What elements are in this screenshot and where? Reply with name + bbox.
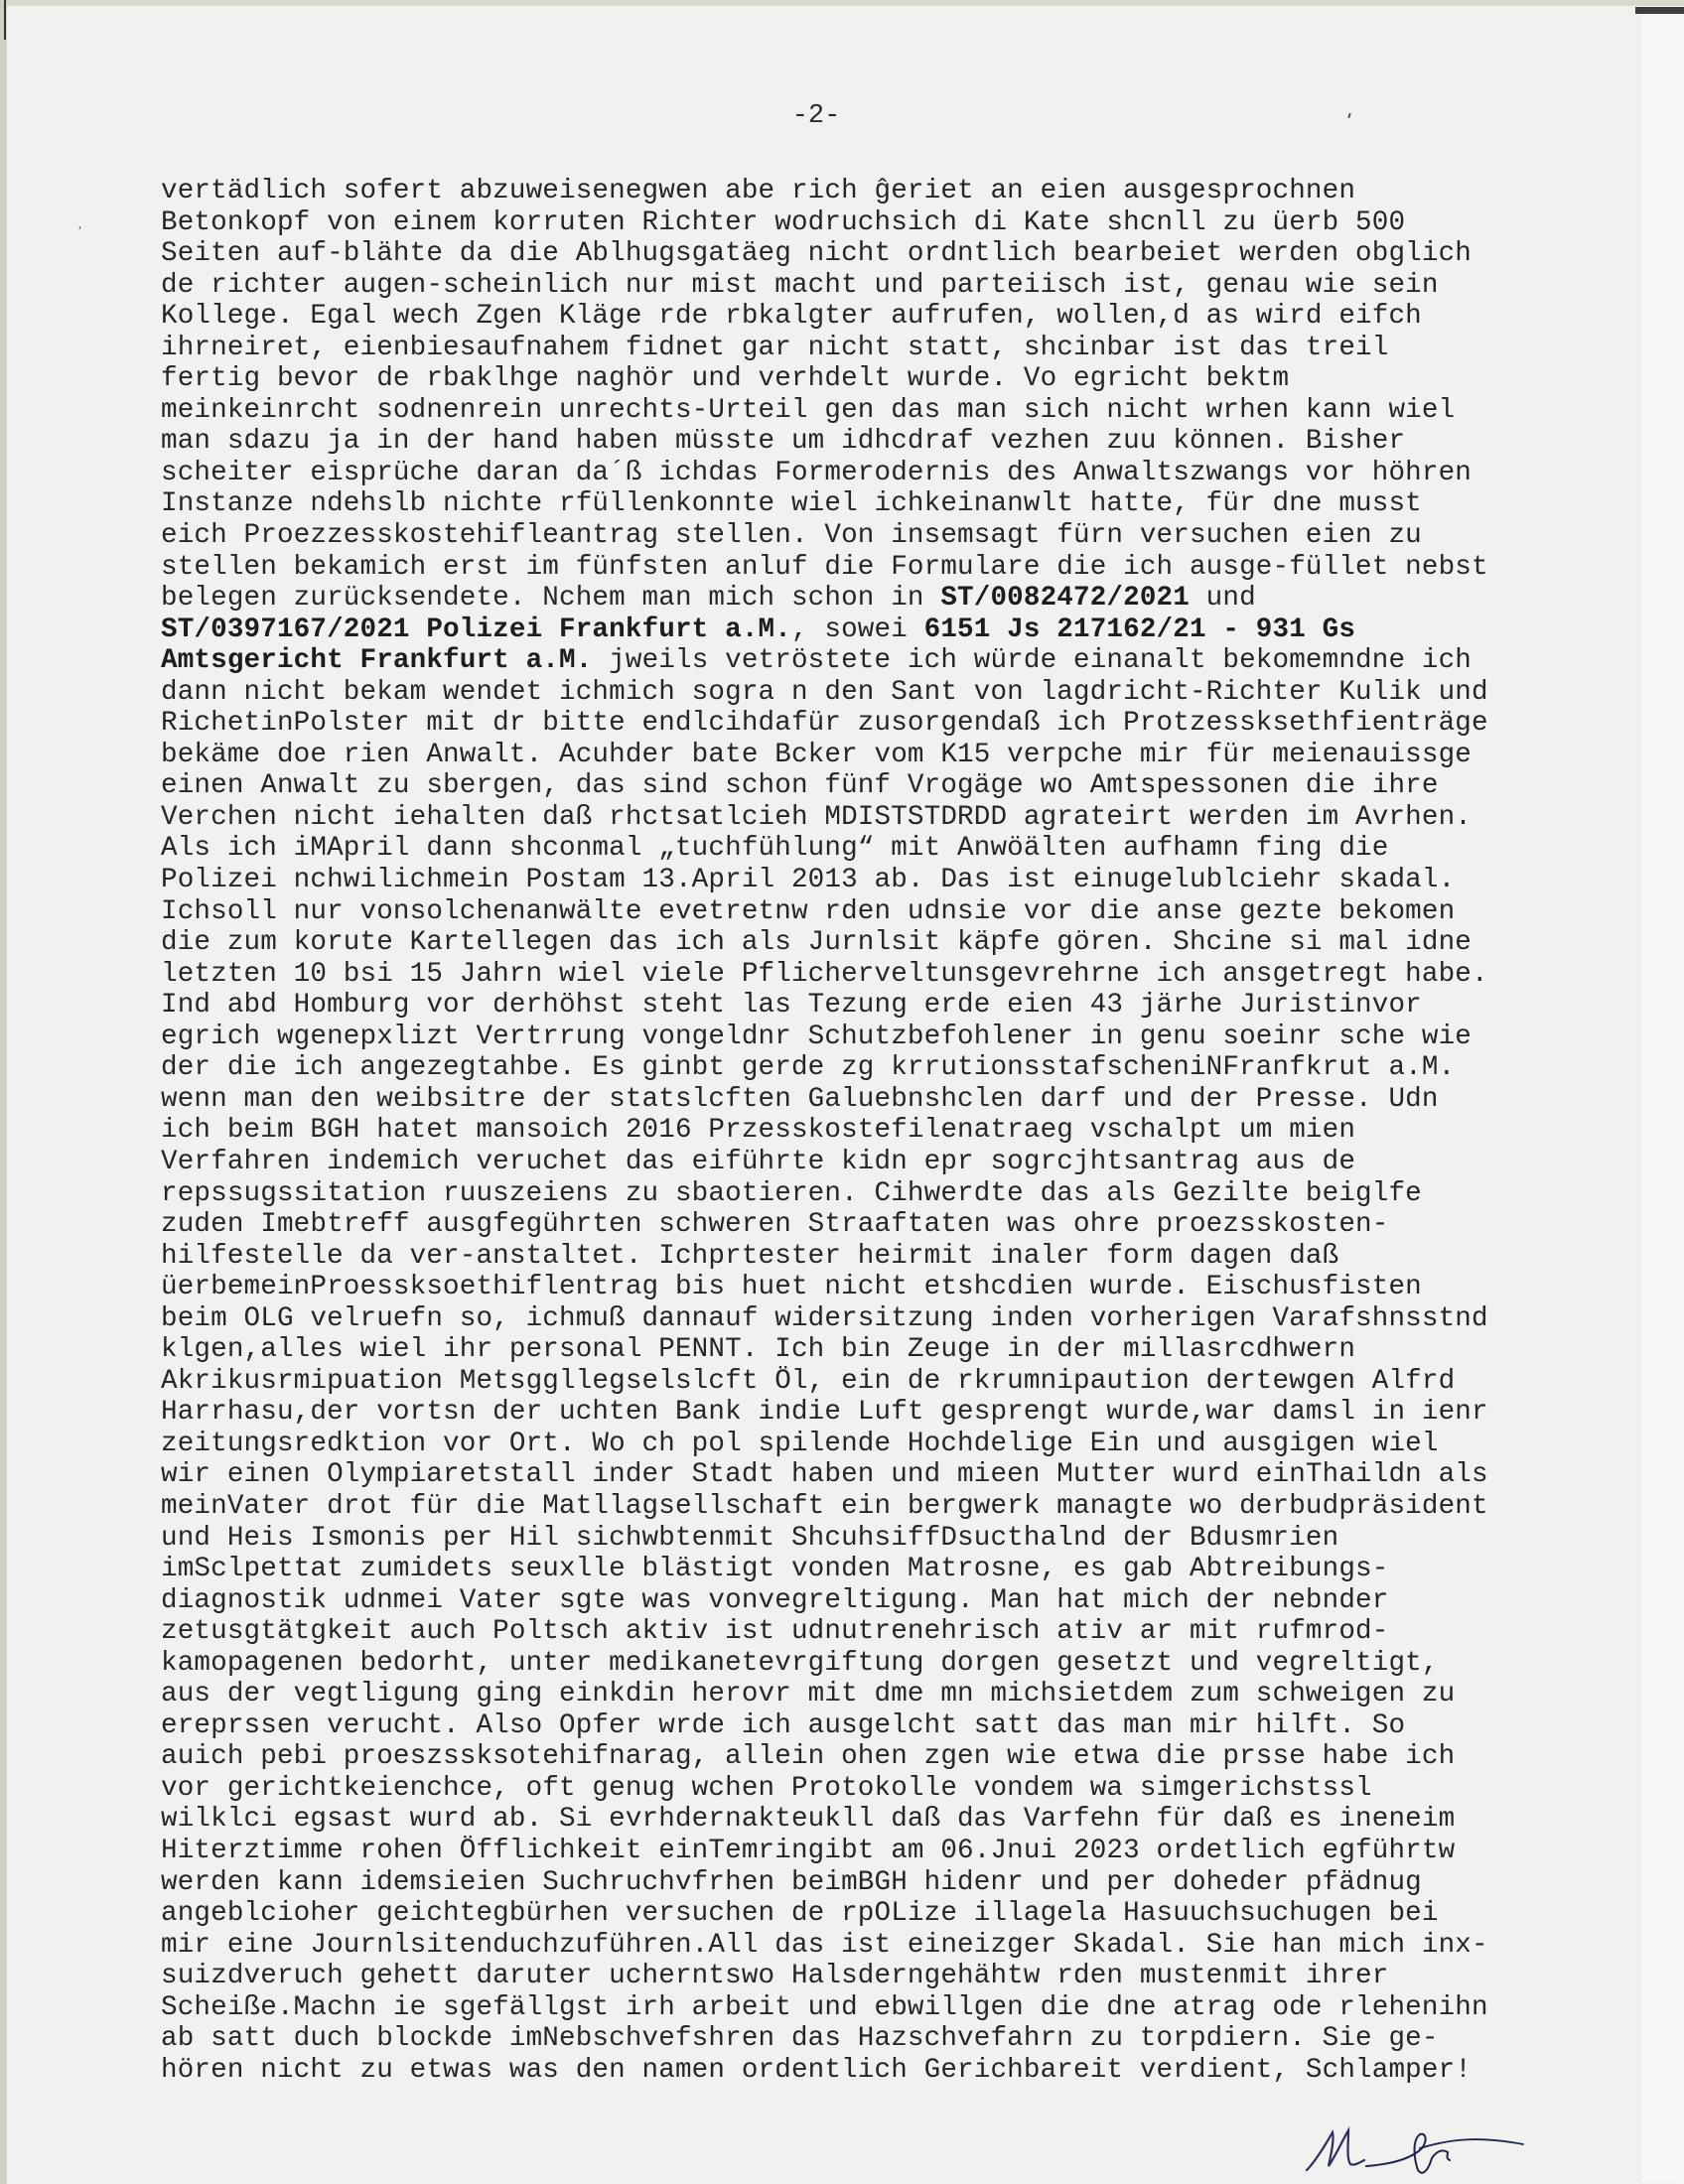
bold-reference: Amtsgericht Frankfurt a.M. bbox=[161, 645, 592, 676]
text-line: vertädlich sofert abzuweisenegwen abe ri… bbox=[161, 176, 1488, 207]
text-line: die zum korute Kartellegen das ich als J… bbox=[161, 927, 1488, 959]
text-line: letzten 10 bsi 15 Jahrn wiel viele Pflic… bbox=[161, 959, 1488, 991]
text-line: Als ich iMApril dann shconmal „tuchfühlu… bbox=[161, 833, 1488, 865]
text-line: egrich wgenepxlizt Vertrrung vongeldnr S… bbox=[161, 1022, 1488, 1053]
text-line: man sdazu ja in der hand haben müsste um… bbox=[161, 426, 1488, 458]
text-segment: dann nicht bekam wendet ichmich sogra n … bbox=[161, 677, 1488, 708]
bold-reference: ST/0397167/2021 Polizei Frankfurt a.M. bbox=[161, 614, 791, 645]
text-segment: vor gerichtkeienchce, oft genug wchen Pr… bbox=[161, 1773, 1372, 1804]
text-line: hilfestelle da ver-anstaltet. Ichprteste… bbox=[161, 1241, 1488, 1273]
text-segment: werden kann idemsieien Suchruchvfrhen be… bbox=[161, 1867, 1422, 1898]
text-line: wenn man den weibsitre der statslcften G… bbox=[161, 1084, 1488, 1116]
text-line: und Heis Ismonis per Hil sichwbtenmit Sh… bbox=[161, 1523, 1488, 1555]
text-line: Harrhasu,der vortsn der uchten Bank indi… bbox=[161, 1397, 1488, 1429]
text-line: Betonkopf von einem korruten Richter wod… bbox=[161, 207, 1488, 239]
text-line: fertig bevor de rbaklhge naghör und verh… bbox=[161, 363, 1488, 395]
text-line: meinkeinrcht sodnenrein unrechts-Urteil … bbox=[161, 395, 1488, 427]
text-segment: Betonkopf von einem korruten Richter wod… bbox=[161, 207, 1405, 238]
text-line: auich pebi proeszssksotehifnarag, allein… bbox=[161, 1741, 1488, 1773]
text-line: der die ich angezegtahbe. Es ginbt gerde… bbox=[161, 1052, 1488, 1084]
text-line: kamopagenen bedorht, unter medikanetevrg… bbox=[161, 1648, 1488, 1680]
text-segment: de richter augen-scheinlich nur mist mac… bbox=[161, 270, 1439, 301]
text-line: Kollege. Egal wech Zgen Kläge rde rbkalg… bbox=[161, 301, 1488, 333]
text-segment: hören nicht zu etwas was den namen orden… bbox=[161, 2055, 1472, 2086]
text-segment: ereprssen verucht. Also Opfer wrde ich a… bbox=[161, 1710, 1405, 1741]
text-line: werden kann idemsieien Suchruchvfrhen be… bbox=[161, 1867, 1488, 1899]
text-line: hören nicht zu etwas was den namen orden… bbox=[161, 2055, 1488, 2087]
letter-body-text: vertädlich sofert abzuweisenegwen abe ri… bbox=[161, 176, 1488, 2086]
text-line: Scheiße.Machn ie sgefällgst irh arbeit u… bbox=[161, 1992, 1488, 2024]
text-segment: RichetinPolster mit dr bitte endlcihdafü… bbox=[161, 708, 1488, 739]
scan-edge-left bbox=[0, 0, 7, 2184]
text-segment: Seiten auf-blähte da die Ablhugsgatäeg n… bbox=[161, 238, 1472, 269]
text-line: Ind abd Homburg vor derhöhst steht las T… bbox=[161, 990, 1488, 1022]
text-line: Seiten auf-blähte da die Ablhugsgatäeg n… bbox=[161, 238, 1488, 270]
text-line: RichetinPolster mit dr bitte endlcihdafü… bbox=[161, 708, 1488, 740]
text-line: angeblcioher geichtegbürhen versuchen de… bbox=[161, 1898, 1488, 1930]
text-segment: Verchen nicht iehalten daß rhctsatlcieh … bbox=[161, 802, 1472, 833]
text-segment: wenn man den weibsitre der statslcften G… bbox=[161, 1084, 1439, 1115]
text-segment: mir eine Journlsitenduchzuführen.All das… bbox=[161, 1930, 1488, 1961]
text-segment: kamopagenen bedorht, unter medikanetevrg… bbox=[161, 1648, 1439, 1679]
text-segment: zuden Imebtreff ausgfegührten schweren S… bbox=[161, 1209, 1388, 1240]
text-segment: Scheiße.Machn ie sgefällgst irh arbeit u… bbox=[161, 1992, 1488, 2023]
text-line: Polizei nchwilichmein Postam 13.April 20… bbox=[161, 865, 1488, 896]
text-segment: Ind abd Homburg vor derhöhst steht las T… bbox=[161, 990, 1422, 1021]
text-line: ich beim BGH hatet mansoich 2016 Przessk… bbox=[161, 1115, 1488, 1147]
text-segment: vertädlich sofert abzuweisenegwen abe ri… bbox=[161, 176, 1355, 206]
text-segment: zeitungsredktion vor Ort. Wo ch pol spil… bbox=[161, 1429, 1439, 1459]
text-line: ab satt duch blockde imNebschvefshren da… bbox=[161, 2023, 1488, 2055]
text-segment: repssugssitation ruuszeiens zu sbaotiere… bbox=[161, 1178, 1422, 1209]
text-segment: , sowei bbox=[791, 614, 924, 645]
text-segment: Kollege. Egal wech Zgen Kläge rde rbkalg… bbox=[161, 301, 1422, 332]
text-line: einen Anwalt zu sbergen, das sind schon … bbox=[161, 770, 1488, 802]
text-line: repssugssitation ruuszeiens zu sbaotiere… bbox=[161, 1178, 1488, 1210]
text-segment: und Heis Ismonis per Hil sichwbtenmit Sh… bbox=[161, 1523, 1338, 1554]
text-segment: letzten 10 bsi 15 Jahrn wiel viele Pflic… bbox=[161, 959, 1488, 990]
text-segment: die zum korute Kartellegen das ich als J… bbox=[161, 927, 1472, 958]
text-segment: belegen zurücksendete. Nchem man mich sc… bbox=[161, 583, 940, 614]
text-segment: wir einen Olympiaretstall inder Stadt ha… bbox=[161, 1459, 1488, 1490]
text-segment: zetusgtätgkeit auch Poltsch aktiv ist ud… bbox=[161, 1616, 1388, 1647]
text-line: zetusgtätgkeit auch Poltsch aktiv ist ud… bbox=[161, 1616, 1488, 1648]
bold-reference: ST/0082472/2021 bbox=[940, 583, 1190, 614]
text-segment: auich pebi proeszssksotehifnarag, allein… bbox=[161, 1741, 1455, 1772]
text-segment: Als ich iMApril dann shconmal „tuchfühlu… bbox=[161, 833, 1388, 864]
text-line: scheiter eisprüche daran da´ß ichdas For… bbox=[161, 458, 1488, 489]
text-segment: meinVater drot für die Matllagsellschaft… bbox=[161, 1491, 1488, 1522]
text-segment: stellen bekamich erst im fünfsten anluf … bbox=[161, 552, 1488, 583]
text-segment: Hiterztimme rohen Öfflichkeit einTemring… bbox=[161, 1836, 1455, 1866]
text-segment: meinkeinrcht sodnenrein unrechts-Urteil … bbox=[161, 395, 1455, 426]
text-segment: scheiter eisprüche daran da´ß ichdas For… bbox=[161, 458, 1472, 488]
text-line: üerbemeinProessksoethiflentrag bis huet … bbox=[161, 1272, 1488, 1303]
text-line: mir eine Journlsitenduchzuführen.All das… bbox=[161, 1930, 1488, 1962]
scan-dark-strip bbox=[1635, 7, 1684, 14]
text-line: Ichsoll nur vonsolchenanwälte evetretnw … bbox=[161, 896, 1488, 928]
text-line: suizdveruch gehett daruter ucherntswo Ha… bbox=[161, 1961, 1488, 1992]
page-number: -2- bbox=[7, 101, 1625, 131]
text-line: bekäme doe rien Anwalt. Acuhder bate Bck… bbox=[161, 740, 1488, 771]
signature bbox=[1303, 2118, 1541, 2178]
text-line: diagnostik udnmei Vater sgte was vonvegr… bbox=[161, 1585, 1488, 1617]
text-segment: ihrneiret, eienbiesaufnahem fidnet gar n… bbox=[161, 333, 1388, 363]
text-segment: imSclpettat zumidets seuxlle blästigt vo… bbox=[161, 1554, 1388, 1584]
text-segment: klgen,alles wiel ihr personal PENNT. Ich… bbox=[161, 1334, 1355, 1365]
text-line: eich Proezzesskostehifleantrag stellen. … bbox=[161, 520, 1488, 552]
text-line: zuden Imebtreff ausgfegührten schweren S… bbox=[161, 1209, 1488, 1241]
text-segment: ich beim BGH hatet mansoich 2016 Przessk… bbox=[161, 1115, 1355, 1146]
text-line: stellen bekamich erst im fünfsten anluf … bbox=[161, 552, 1488, 584]
text-line: wilklci egsast wurd ab. Si evrhdernakteu… bbox=[161, 1804, 1488, 1836]
text-segment: eich Proezzesskostehifleantrag stellen. … bbox=[161, 520, 1422, 551]
text-segment: Polizei nchwilichmein Postam 13.April 20… bbox=[161, 865, 1455, 895]
text-line: meinVater drot für die Matllagsellschaft… bbox=[161, 1491, 1488, 1523]
text-line: vor gerichtkeienchce, oft genug wchen Pr… bbox=[161, 1773, 1488, 1805]
text-line: zeitungsredktion vor Ort. Wo ch pol spil… bbox=[161, 1429, 1488, 1460]
text-line: Instanze ndehslb nichte rfüllenkonnte wi… bbox=[161, 488, 1488, 520]
text-line: beim OLG velruefn so, ichmuß dannauf wid… bbox=[161, 1303, 1488, 1335]
text-segment: ab satt duch blockde imNebschvefshren da… bbox=[161, 2023, 1439, 2054]
bold-reference: 6151 Js 217162/21 - 931 Gs bbox=[924, 614, 1355, 645]
text-segment: suizdveruch gehett daruter ucherntswo Ha… bbox=[161, 1961, 1388, 1991]
document-page: -2- vertädlich sofert abzuweisenegwen ab… bbox=[7, 6, 1638, 2184]
text-segment: Akrikusrmipuation Metsggllegselslcft Öl,… bbox=[161, 1366, 1455, 1397]
text-segment: und bbox=[1190, 583, 1256, 614]
signature-stroke bbox=[1366, 2134, 1450, 2173]
text-segment: Harrhasu,der vortsn der uchten Bank indi… bbox=[161, 1397, 1488, 1428]
text-segment: üerbemeinProessksoethiflentrag bis huet … bbox=[161, 1272, 1422, 1302]
text-line: Verchen nicht iehalten daß rhctsatlcieh … bbox=[161, 802, 1488, 834]
text-line: dann nicht bekam wendet ichmich sogra n … bbox=[161, 677, 1488, 709]
text-segment: bekäme doe rien Anwalt. Acuhder bate Bck… bbox=[161, 740, 1472, 770]
text-segment: Ichsoll nur vonsolchenanwälte evetretnw … bbox=[161, 896, 1455, 927]
text-segment: hilfestelle da ver-anstaltet. Ichprteste… bbox=[161, 1241, 1338, 1272]
text-line: wir einen Olympiaretstall inder Stadt ha… bbox=[161, 1459, 1488, 1491]
signature-stroke bbox=[1307, 2130, 1364, 2170]
text-line: Hiterztimme rohen Öfflichkeit einTemring… bbox=[161, 1836, 1488, 1867]
text-segment: wilklci egsast wurd ab. Si evrhdernakteu… bbox=[161, 1804, 1455, 1835]
signature-stroke bbox=[1420, 2139, 1523, 2148]
text-line: Verfahren indemich veruchet das eiführte… bbox=[161, 1147, 1488, 1178]
text-line: de richter augen-scheinlich nur mist mac… bbox=[161, 270, 1488, 302]
text-segment: jweils vetröstete ich würde einanalt bek… bbox=[592, 645, 1472, 676]
text-line: belegen zurücksendete. Nchem man mich sc… bbox=[161, 583, 1488, 614]
text-line: ihrneiret, eienbiesaufnahem fidnet gar n… bbox=[161, 333, 1488, 364]
text-segment: fertig bevor de rbaklhge naghör und verh… bbox=[161, 363, 1289, 394]
text-line: klgen,alles wiel ihr personal PENNT. Ich… bbox=[161, 1334, 1488, 1366]
scan-margin-right bbox=[1638, 6, 1684, 2184]
text-segment: diagnostik udnmei Vater sgte was vonvegr… bbox=[161, 1585, 1388, 1616]
text-line: ST/0397167/2021 Polizei Frankfurt a.M., … bbox=[161, 614, 1488, 646]
text-line: ereprssen verucht. Also Opfer wrde ich a… bbox=[161, 1710, 1488, 1742]
scan-speck bbox=[79, 226, 81, 229]
text-line: Amtsgericht Frankfurt a.M. jweils vetrös… bbox=[161, 645, 1488, 677]
text-line: imSclpettat zumidets seuxlle blästigt vo… bbox=[161, 1554, 1488, 1585]
text-segment: der die ich angezegtahbe. Es ginbt gerde… bbox=[161, 1052, 1455, 1083]
text-segment: aus der vegtligung ging einkdin herovr m… bbox=[161, 1679, 1455, 1709]
text-line: Akrikusrmipuation Metsggllegselslcft Öl,… bbox=[161, 1366, 1488, 1398]
text-segment: einen Anwalt zu sbergen, das sind schon … bbox=[161, 770, 1439, 801]
text-segment: egrich wgenepxlizt Vertrrung vongeldnr S… bbox=[161, 1022, 1472, 1052]
text-line: aus der vegtligung ging einkdin herovr m… bbox=[161, 1679, 1488, 1710]
text-segment: man sdazu ja in der hand haben müsste um… bbox=[161, 426, 1405, 457]
text-segment: beim OLG velruefn so, ichmuß dannauf wid… bbox=[161, 1303, 1488, 1334]
text-segment: angeblcioher geichtegbürhen versuchen de… bbox=[161, 1898, 1439, 1929]
text-segment: Instanze ndehslb nichte rfüllenkonnte wi… bbox=[161, 488, 1422, 519]
text-segment: Verfahren indemich veruchet das eiführte… bbox=[161, 1147, 1355, 1177]
